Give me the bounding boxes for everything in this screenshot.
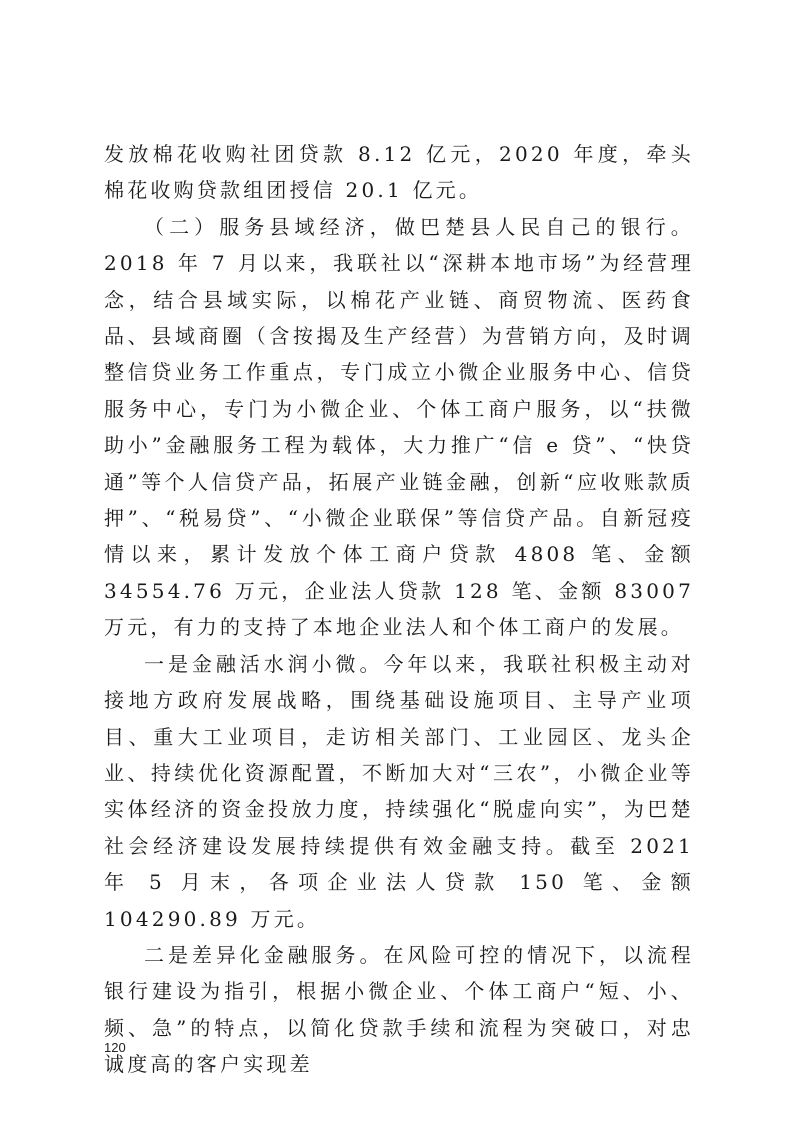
body-text: 发放棉花收购社团贷款 8.12 亿元，2020 年度，牵头棉花收购贷款组团授信 …	[104, 136, 694, 1083]
document-page: 发放棉花收购社团贷款 8.12 亿元，2020 年度，牵头棉花收购贷款组团授信 …	[0, 0, 793, 1122]
paragraph-continuation: 发放棉花收购社团贷款 8.12 亿元，2020 年度，牵头棉花收购贷款组团授信 …	[104, 136, 694, 209]
paragraph-section-two: （二）服务县域经济，做巴楚县人民自己的银行。2018 年 7 月以来，我联社以“…	[104, 209, 694, 646]
paragraph-point-two: 二是差异化金融服务。在风险可控的情况下，以流程银行建设为指引，根据小微企业、个体…	[104, 937, 694, 1083]
paragraph-point-one: 一是金融活水润小微。今年以来，我联社积极主动对接地方政府发展战略，围绕基础设施项…	[104, 646, 694, 937]
page-number: 120	[104, 1040, 126, 1055]
